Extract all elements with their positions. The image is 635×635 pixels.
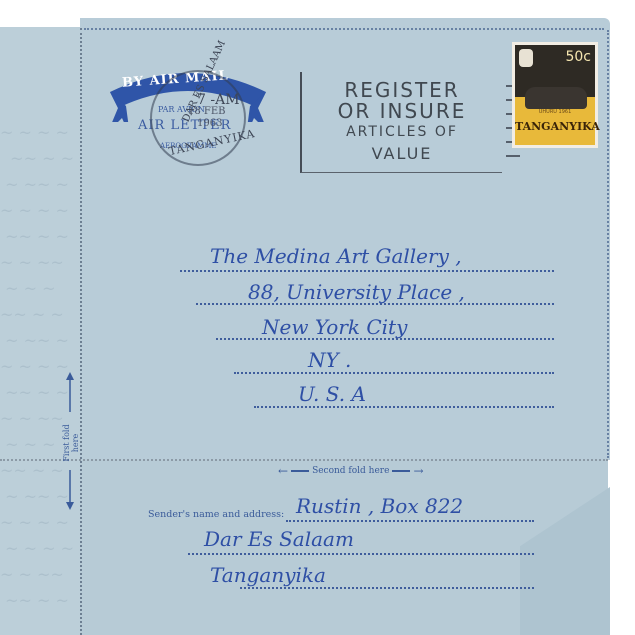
- postmark-year: 1963: [197, 118, 222, 129]
- slogan-cancel: REGISTER OR INSURE ARTICLES OF VALUE: [300, 72, 502, 173]
- address-line-rule-1: [180, 270, 554, 272]
- bleed-through-handwriting: ~ ~ ~ ~ ~~ ~ ~ ~ ~~ ~ ~ ~ ~ ~ ~~ ~ ~ ~ ~…: [0, 120, 78, 614]
- sender-label: Sender's name and address:: [148, 509, 284, 520]
- arrow-shaft: [392, 470, 410, 472]
- arrow-shaft: [291, 470, 309, 472]
- stamp-country: TANGANYIKA: [515, 120, 595, 133]
- arrow-right-icon: →: [413, 464, 423, 478]
- first-fold-text: First fold here: [62, 414, 80, 472]
- recipient-line-1: The Medina Art Gallery ,: [210, 244, 462, 268]
- recipient-line-2: 88, University Place ,: [248, 280, 465, 304]
- recipient-line-4: NY .: [308, 348, 351, 372]
- sender-line-3: Tanganyika: [210, 563, 326, 587]
- second-fold-instruction: ← Second fold here →: [278, 464, 424, 478]
- slogan-line-1: REGISTER: [302, 80, 502, 101]
- sender-line-2: Dar Es Salaam: [204, 527, 354, 551]
- postage-stamp: 50c UHURU 1961 TANGANYIKA: [512, 42, 598, 148]
- arrow-left-icon: ←: [278, 464, 288, 478]
- slogan-line-4: VALUE: [302, 143, 502, 164]
- sender-line-rule-3: [240, 587, 534, 589]
- slogan-line-2: OR INSURE: [302, 101, 502, 122]
- slogan-line-3: ARTICLES OF: [302, 122, 502, 143]
- horizontal-fold-line: [0, 459, 608, 461]
- perforation-vertical: [80, 28, 82, 635]
- first-fold-instruction: First fold here: [64, 372, 76, 510]
- postmark-date: 18 FEB: [188, 106, 226, 117]
- stamp-value: 50c: [565, 49, 591, 65]
- sender-line-rule-1: [286, 520, 534, 522]
- perforation-top: [84, 28, 604, 30]
- address-line-rule-5: [254, 406, 554, 408]
- stamp-caption: UHURU 1961: [515, 109, 595, 115]
- recipient-line-5: U. S. A: [298, 382, 366, 406]
- sender-line-1: Rustin , Box 822: [296, 494, 463, 518]
- perforation-right: [607, 30, 609, 458]
- second-fold-text: Second fold here: [312, 466, 389, 476]
- stamp-lions-image: [525, 87, 587, 109]
- recipient-line-3: New York City: [262, 315, 407, 339]
- stamp-portrait-icon: [519, 49, 533, 67]
- address-line-rule-4: [234, 372, 554, 374]
- sender-line-rule-2: [188, 553, 534, 555]
